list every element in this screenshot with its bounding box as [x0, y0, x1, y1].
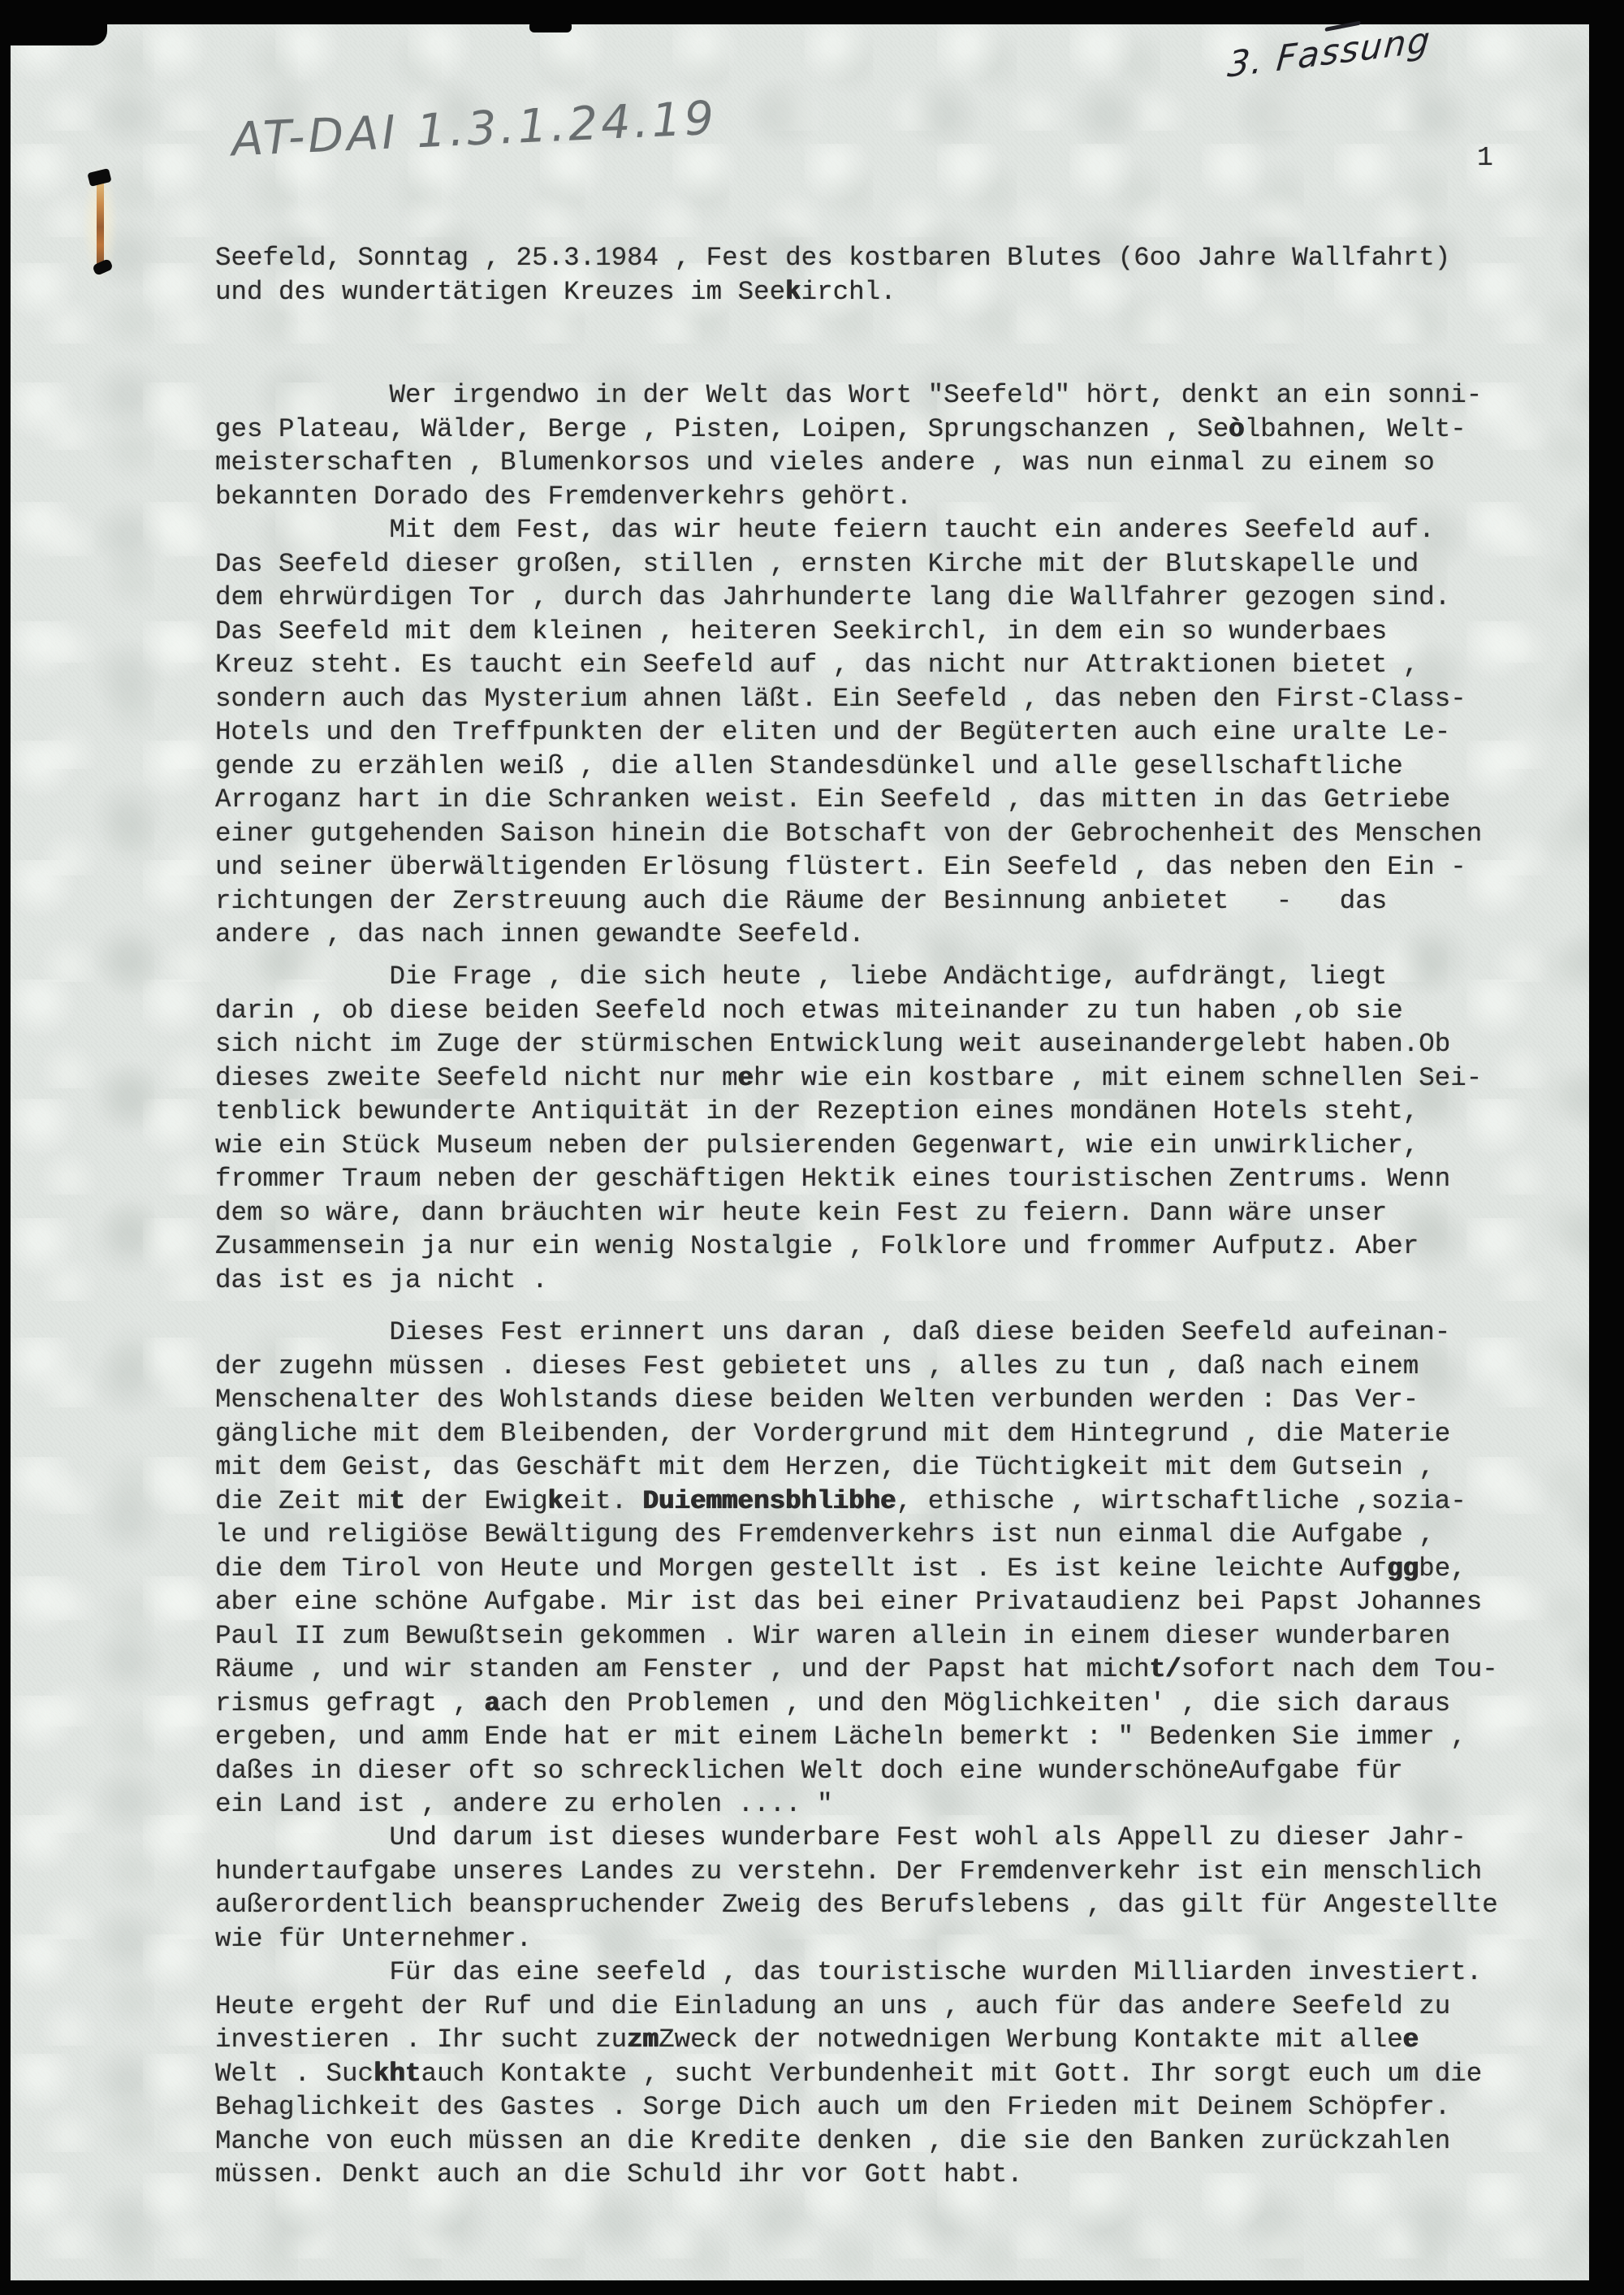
scan-edge-artifact	[529, 21, 572, 32]
document-title: Seefeld, Sonntag , 25.3.1984 , Fest des …	[215, 241, 1563, 309]
paragraph-block-3: Dieses Fest erinnert uns daran , daß die…	[215, 1316, 1563, 1822]
paragraph-block-1: Wer irgendwo in der Welt das Wort "Seefe…	[215, 378, 1563, 952]
paragraph-block-2: Die Frage , die sich heute , liebe Andäc…	[215, 960, 1563, 1297]
document-page: AT-DAI 1.3.1.24.19 3. Fassung 1 Seefeld,…	[11, 24, 1589, 2280]
staple-rust-mark	[82, 164, 118, 283]
page-number: 1	[1477, 143, 1493, 173]
paragraph-block-4: Und darum ist dieses wunderbare Fest woh…	[215, 1821, 1563, 2192]
rust-stain	[97, 177, 104, 268]
scan-frame: AT-DAI 1.3.1.24.19 3. Fassung 1 Seefeld,…	[0, 0, 1624, 2295]
scan-corner-artifact	[0, 0, 107, 45]
version-annotation: 3. Fassung	[1226, 19, 1433, 86]
archive-reference-annotation: AT-DAI 1.3.1.24.19	[231, 91, 719, 166]
